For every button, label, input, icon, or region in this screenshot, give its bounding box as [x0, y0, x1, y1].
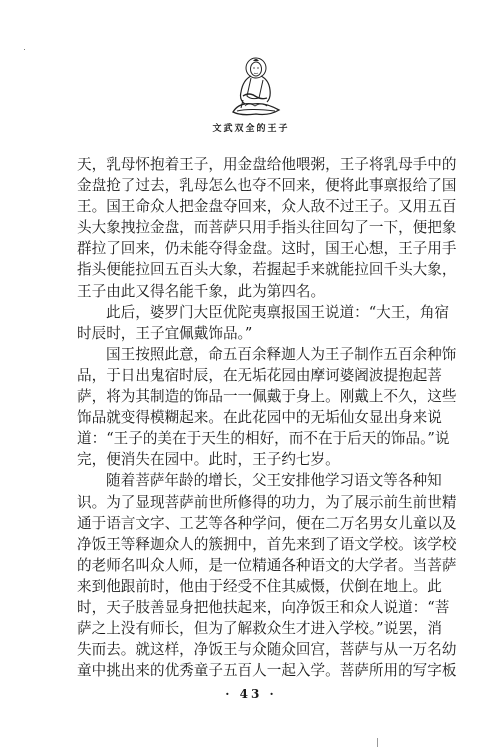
- text-line: 时辰时，王子宜佩戴饰品。”: [77, 323, 425, 344]
- text-line: 萨，将为其制造的饰品一一佩戴于身上。刚戴上不久，这些: [77, 386, 425, 407]
- text-line: 饰品就变得模糊起来。在此花园中的无垢仙女显出身来说: [77, 407, 425, 428]
- text-line: 完，便消失在园中。此时，王子约七岁。: [77, 449, 425, 470]
- scan-artifact: [377, 738, 378, 747]
- text-line: 金盘抢了过去，乳母怎么也夺不回来，便将此事禀报给了国: [77, 175, 425, 196]
- text-line: 群拉了回来，仍未能夺得金盘。这时，国王心想，王子用手: [77, 238, 425, 259]
- text-line: 的老师名叫众人师，是一位精通各种语文的大学者。当菩萨: [77, 555, 425, 576]
- text-line: 时，天子肢善显身把他扶起来，向净饭王和众人说道：“菩: [77, 597, 425, 618]
- text-line: 童中挑出来的优秀童子五百人一起入学。菩萨所用的写字板: [77, 660, 425, 681]
- text-line: 王。国王命众人把金盘夺回来，众人敌不过王子。又用五百: [77, 196, 425, 217]
- text-line: 随着菩萨年龄的增长，父王安排他学习语文等各种知: [77, 470, 425, 491]
- text-line: 天，乳母怀抱着王子，用金盘给他喂粥，王子将乳母手中的: [77, 154, 425, 175]
- running-title: 文武双全的王子: [0, 121, 502, 134]
- page-number: · 43 ·: [0, 687, 502, 701]
- scan-speck: [24, 49, 25, 50]
- body-text: 天，乳母怀抱着王子，用金盘给他喂粥，王子将乳母手中的 金盘抢了过去，乳母怎么也夺…: [77, 154, 425, 681]
- text-line: 指头便能拉回五百头大象，若握起手来就能拉回千头大象，: [77, 259, 425, 280]
- text-line: 识。为了显现菩萨前世所修得的功力，为了展示前生前世精: [77, 492, 425, 513]
- text-line: 此后，婆罗门大臣优陀夷禀报国王说道：“大王，角宿: [77, 302, 425, 323]
- text-line: 头大象拽拉金盘，而菩萨只用手指头往回勾了一下，便把象: [77, 217, 425, 238]
- seated-buddha-icon: [229, 56, 283, 120]
- text-line: 道：“王子的美在于天生的相好，而不在于后天的饰品。”说: [77, 428, 425, 449]
- text-line: 净饭王等释迦众人的簇拥中，首先来到了语文学校。该学校: [77, 534, 425, 555]
- text-line: 品，于日出鬼宿时辰，在无垢花园由摩诃婆阇波提抱起菩: [77, 365, 425, 386]
- text-line: 通于语言文字、工艺等各种学问，便在二万名男女儿童以及: [77, 513, 425, 534]
- text-line: 国王按照此意，命五百余释迦人为王子制作五百余种饰: [77, 344, 425, 365]
- text-line: 失而去。就这样，净饭王与众随众回宫，菩萨与从一万名幼: [77, 639, 425, 660]
- text-line: 王子由此又得名能千象，此为第四名。: [77, 281, 425, 302]
- text-line: 来到他跟前时，他由于经受不住其威慑，伏倒在地上。此: [77, 576, 425, 597]
- text-line: 萨之上没有师长，但为了解救众生才进入学校。”说罢，消: [77, 618, 425, 639]
